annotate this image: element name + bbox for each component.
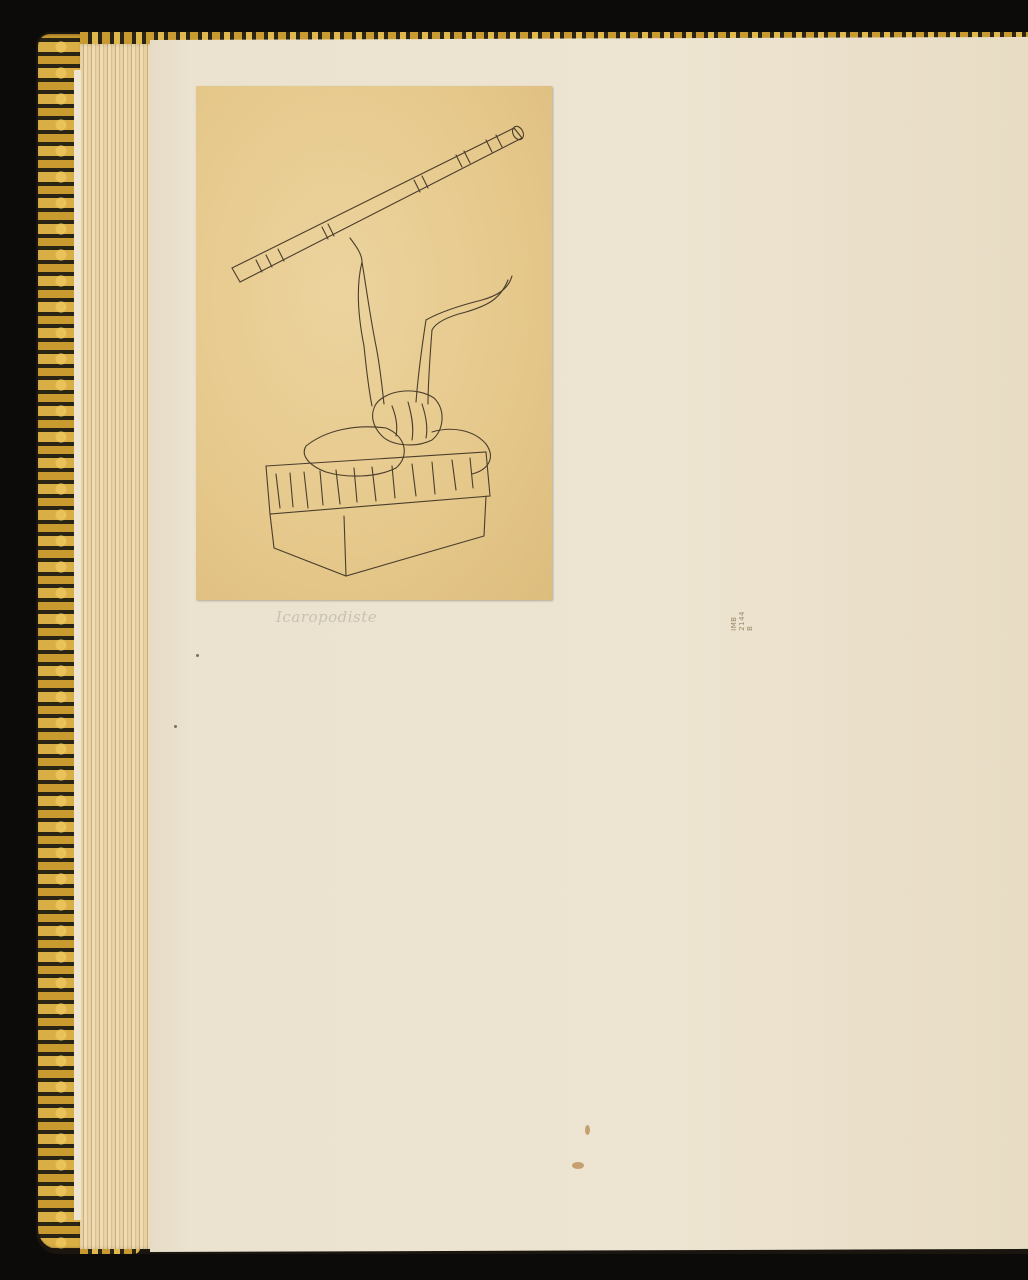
foxing-spot: [174, 725, 177, 728]
page-edges: [80, 44, 160, 1249]
foxing-spot: [196, 654, 199, 657]
pasted-sketch: IMB 2144 B: [196, 86, 552, 600]
acrobat-drawing-icon: [196, 86, 552, 600]
sketch-caption: Icaropodiste: [276, 608, 377, 626]
archive-stamp: IMB 2144 B: [730, 611, 754, 631]
page-gutter: [74, 70, 81, 1220]
foxing-spot: [572, 1162, 584, 1169]
foxing-spot: [585, 1125, 590, 1135]
